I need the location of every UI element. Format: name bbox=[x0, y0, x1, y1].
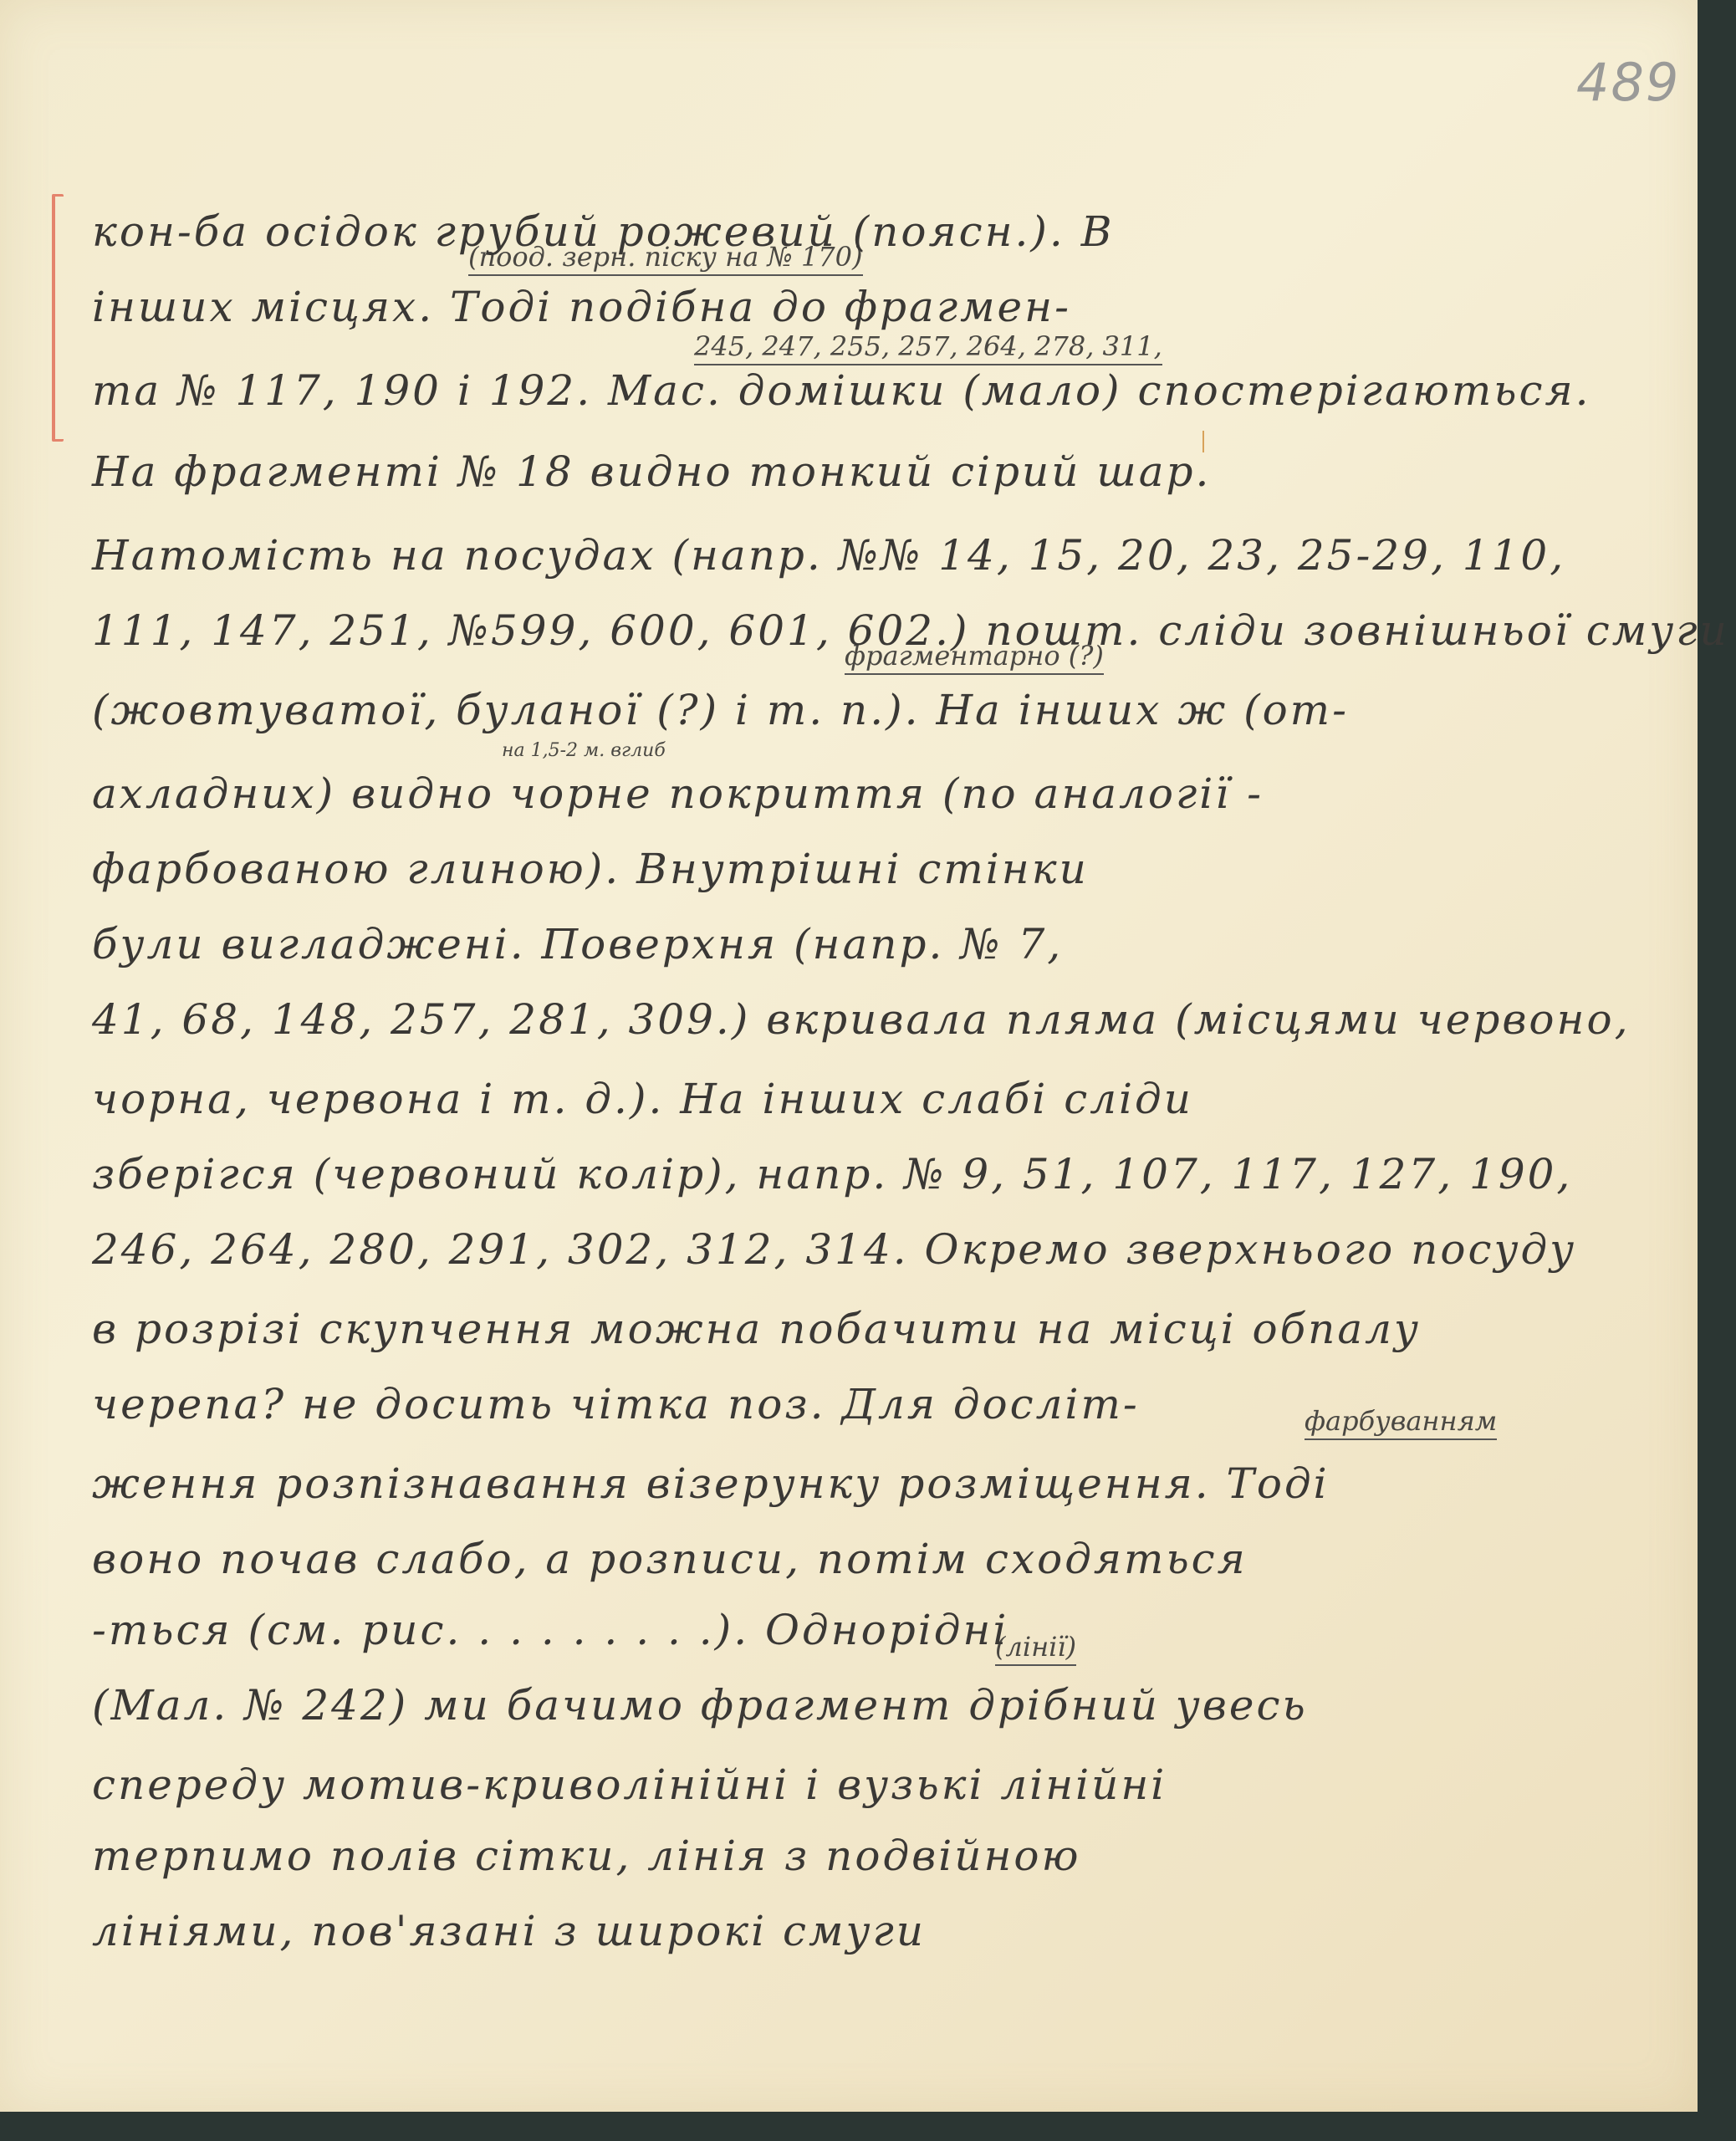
interlinear-annotation: фарбуванням bbox=[1305, 1405, 1497, 1440]
manuscript-line: зберігся (червоний колір), напр. № 9, 51… bbox=[92, 1150, 1572, 1198]
manuscript-line: лініями, пов'язані з широкі смуги bbox=[92, 1907, 926, 1955]
manuscript-line: (Мал. № 242) ми бачимо фрагмент дрібний … bbox=[92, 1681, 1308, 1730]
manuscript-line: -ться (см. рис. . . . . . . . .). Однорі… bbox=[92, 1606, 1008, 1654]
manuscript-line: спереду мотив-криволінійні і вузькі ліні… bbox=[92, 1760, 1167, 1809]
folio-number: 489 bbox=[1576, 52, 1680, 113]
manuscript-line: ахладних) видно чорне покриття (по анало… bbox=[92, 769, 1264, 818]
manuscript-page: 489 (поод. зерн. піску на № 170) 245, 24… bbox=[0, 0, 1698, 2112]
interlinear-annotation: на 1,5-2 м. вглиб bbox=[502, 740, 666, 763]
manuscript-line: були вигладжені. Поверхня (напр. № 7, bbox=[92, 920, 1063, 968]
manuscript-line: воно почав слабо, а розписи, потім сходя… bbox=[92, 1535, 1248, 1583]
manuscript-line: 41, 68, 148, 257, 281, 309.) вкривала пл… bbox=[92, 995, 1630, 1044]
interlinear-annotation: 245, 247, 255, 257, 264, 278, 311, bbox=[694, 330, 1162, 365]
manuscript-line: терпимо полів сітки, лінія з подвійною bbox=[92, 1832, 1081, 1880]
manuscript-line: 246, 264, 280, 291, 302, 312, 314. Окрем… bbox=[92, 1225, 1576, 1274]
manuscript-line: 111, 147, 251, №599, 600, 601, 602.) пош… bbox=[92, 606, 1729, 655]
manuscript-line: в розрізі скупчення можна побачити на мі… bbox=[92, 1305, 1421, 1353]
manuscript-line: фарбованою глиною). Внутрішні стінки bbox=[92, 845, 1089, 893]
manuscript-line: Натомість на посудах (напр. №№ 14, 15, 2… bbox=[92, 531, 1565, 580]
manuscript-line: кон-ба осідок грубий рожевий (поясн.). В bbox=[92, 207, 1114, 256]
manuscript-line: чорна, червона і т. д.). На інших слабі … bbox=[92, 1075, 1193, 1123]
manuscript-line: ження розпізнавання візерунку розміщення… bbox=[92, 1459, 1330, 1508]
margin-bracket-mark bbox=[52, 194, 64, 442]
manuscript-line: На фрагменті № 18 видно тонкий сірий шар… bbox=[92, 447, 1211, 496]
manuscript-line: інших місцях. Тоді подібна до фрагмен- bbox=[92, 283, 1071, 331]
manuscript-line: (жовтуватої, буланої (?) і т. п.). На ін… bbox=[92, 686, 1349, 734]
manuscript-line: та № 117, 190 і 192. Мас. домішки (мало)… bbox=[92, 366, 1590, 415]
manuscript-line: черепа? не досить чітка поз. Для досліт- bbox=[92, 1380, 1140, 1428]
